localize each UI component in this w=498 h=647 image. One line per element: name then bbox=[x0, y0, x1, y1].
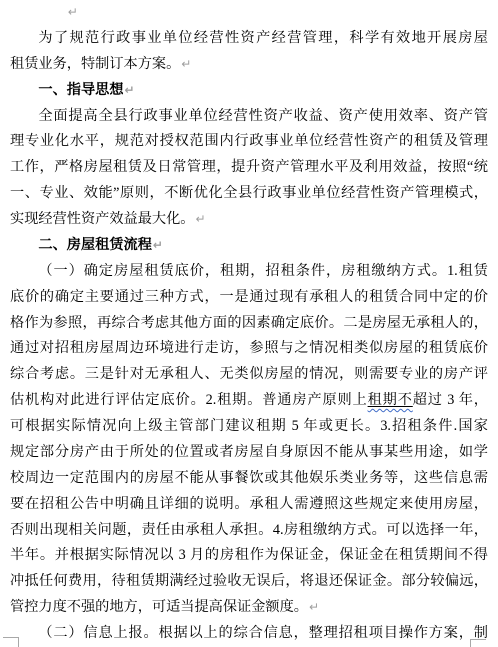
paragraph-mark-icon: ↵ bbox=[124, 83, 135, 97]
text-line[interactable]: 工作，严格房屋租赁及日常管理，提升资产管理水平及利用效益，按照“统 bbox=[10, 155, 488, 181]
text-line[interactable]: 实现经营性资产效益最大化。↵ bbox=[10, 207, 488, 233]
empty-line[interactable]: ↵ bbox=[10, 0, 488, 26]
document-text-area[interactable]: ↵为了规范行政事业单位经营性资产经营管理，科学有效地开展房屋租赁业务，特制订本方… bbox=[10, 0, 488, 647]
text-line[interactable]: 可根据实际情况向上级主管部门建议租期 5 年或更长。3.招租条件.国家 bbox=[10, 414, 488, 440]
text-line[interactable]: 估机构对此进行评估定底价。2.租期。普通房产原则上租期不超过 3 年， bbox=[10, 388, 488, 414]
text-line[interactable]: 要在招租公告中明确且详细的说明。承租人需遵照这些规定来使用房屋， bbox=[10, 492, 488, 518]
text-line[interactable]: 租赁业务，特制订本方案。↵ bbox=[10, 52, 488, 78]
paragraph-mark-icon: ↵ bbox=[67, 5, 78, 19]
text-line[interactable]: 规定部分房产由于所处的位置或者房屋自身原因不能从事某些用途，如学 bbox=[10, 440, 488, 466]
underlined-text[interactable]: 租期不 bbox=[368, 392, 413, 408]
text-boundary-mark-bottom-left-icon bbox=[3, 637, 19, 647]
text-line[interactable]: 全面提高全县行政事业单位经营性资产收益、资产使用效率、资产管 bbox=[10, 104, 488, 130]
text-line[interactable]: 否则出现相关问题，责任由承租人承担。4.房租缴纳方式。可以选择一年， bbox=[10, 518, 488, 544]
document-page: ↵为了规范行政事业单位经营性资产经营管理，科学有效地开展房屋租赁业务，特制订本方… bbox=[0, 0, 498, 647]
text-line[interactable]: （二）信息上报。根据以上的综合信息，整理招租项目操作方案，制 bbox=[10, 621, 488, 647]
text-line[interactable]: 一、专业、效能”原则，不断优化全县行政事业单位经营性资产管理模式， bbox=[10, 181, 488, 207]
grammar-underlined-text[interactable]: 租期不 bbox=[368, 392, 413, 408]
text-line[interactable]: 通过对招租房屋周边环境进行走访，参照与之情况相类似房屋的租赁底价 bbox=[10, 336, 488, 362]
text-line[interactable]: 校周边一定范围内的房屋不能从事餐饮或其他娱乐类业务等，这些信息需 bbox=[10, 466, 488, 492]
text-line[interactable]: 格作为参照，再综合考虑其他方面的因素确定底价。二是房屋无承租人的， bbox=[10, 311, 488, 337]
text-line[interactable]: （一）确定房屋租赁底价，租期，招租条件，房租缴纳方式。1.租赁 bbox=[10, 259, 488, 285]
text-line[interactable]: 冲抵任何费用，待租赁期满经过验收无误后，将退还保证金。部分较偏远， bbox=[10, 569, 488, 595]
text-line[interactable]: 为了规范行政事业单位经营性资产经营管理，科学有效地开展房屋 bbox=[10, 26, 488, 52]
heading-line[interactable]: 一、指导思想↵ bbox=[10, 78, 488, 104]
text-line[interactable]: 底价的确定主要通过三种方式，一是通过现有承租人的租赁合同中定的价 bbox=[10, 285, 488, 311]
text-line[interactable]: 管控力度不强的地方，可适当提高保证金额度。↵ bbox=[10, 595, 488, 621]
text-run[interactable]: 估机构对此进行评估定底价。2.租期。普通房产原则上 bbox=[10, 392, 368, 408]
heading-line[interactable]: 二、房屋租赁流程↵ bbox=[10, 233, 488, 259]
text-boundary-mark-bottom-right-icon bbox=[470, 639, 486, 647]
paragraph-mark-icon: ↵ bbox=[308, 600, 319, 614]
paragraph-mark-icon: ↵ bbox=[194, 212, 205, 226]
text-line[interactable]: 半年。并根据实际情况以 3 月的房租作为保证金，保证金在租赁期间不得 bbox=[10, 543, 488, 569]
paragraph-mark-icon: ↵ bbox=[180, 57, 191, 71]
text-line[interactable]: 理专业化水平，规范对授权范围内行政事业单位经营性资产的租赁及管理 bbox=[10, 129, 488, 155]
paragraph-mark-icon: ↵ bbox=[152, 238, 163, 252]
text-run[interactable]: 超过 3 年， bbox=[413, 392, 488, 408]
text-line[interactable]: 综合考虑。三是针对无承租人、无类似房屋的情况，则需要专业的房产评 bbox=[10, 362, 488, 388]
